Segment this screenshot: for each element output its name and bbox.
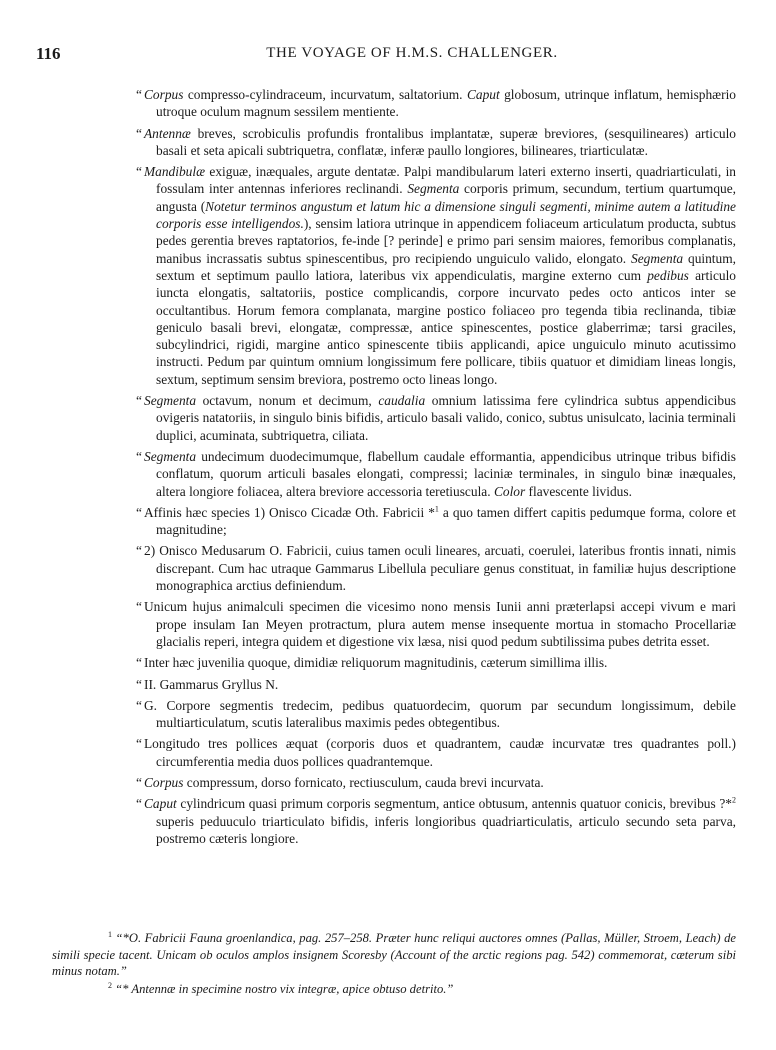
paragraph-mandibulae: “Mandibulæ exiguæ, inæquales, argute den… bbox=[136, 163, 736, 388]
page-number: 116 bbox=[36, 44, 61, 64]
paragraph-segmenta-caudalia: “Segmenta octavum, nonum et decimum, cau… bbox=[136, 392, 736, 444]
paragraph-unicum: “Unicum hujus animalculi specimen die vi… bbox=[136, 598, 736, 650]
footnotes: 1 “*O. Fabricii Fauna groenlandica, pag.… bbox=[52, 930, 736, 998]
paragraph-affinis: “Affinis hæc species 1) Onisco Cicadæ Ot… bbox=[136, 504, 736, 539]
paragraph-longitudo: “Longitudo tres pollices æquat (corporis… bbox=[136, 735, 736, 770]
paragraph-segmenta-flabellum: “Segmenta undecimum duodecimumque, flabe… bbox=[136, 448, 736, 500]
paragraph-inter-haec: “Inter hæc juvenilia quoque, dimidiæ rel… bbox=[136, 654, 736, 671]
footnote-1: 1 “*O. Fabricii Fauna groenlandica, pag.… bbox=[52, 930, 736, 980]
body-text: “Corpus compresso-cylindraceum, incurvat… bbox=[136, 86, 736, 851]
paragraph-corpus: “Corpus compresso-cylindraceum, incurvat… bbox=[136, 86, 736, 121]
paragraph-gammarus-gryllus: “II. Gammarus Gryllus N. bbox=[136, 676, 736, 693]
running-title: THE VOYAGE OF H.M.S. CHALLENGER. bbox=[152, 45, 672, 62]
paragraph-onisco-medusarum: “2) Onisco Medusarum O. Fabricii, cuius … bbox=[136, 542, 736, 594]
paragraph-caput: “Caput cylindricum quasi primum corporis… bbox=[136, 795, 736, 847]
paragraph-g-corpore: “G. Corpore segmentis tredecim, pedibus … bbox=[136, 697, 736, 732]
page-header: 116 THE VOYAGE OF H.M.S. CHALLENGER. bbox=[0, 44, 776, 66]
paragraph-corpus-compressum: “Corpus compressum, dorso fornicato, rec… bbox=[136, 774, 736, 791]
footnote-ref-2: 2 bbox=[732, 796, 736, 805]
paragraph-antennae: “Antennæ breves, scrobiculis profundis f… bbox=[136, 125, 736, 160]
footnote-2: 2 “* Antennæ in specimine nostro vix int… bbox=[52, 981, 736, 998]
